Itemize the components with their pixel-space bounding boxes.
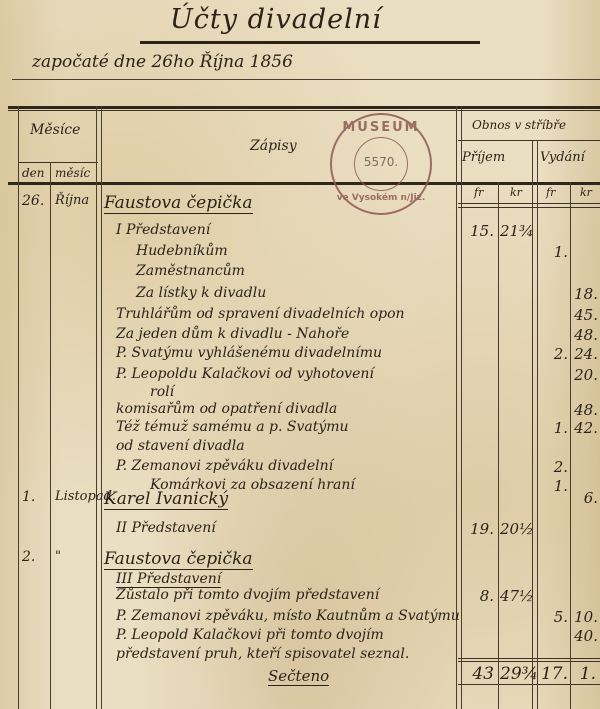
expense-kreuzers: 40. xyxy=(572,627,598,645)
col-line-inc-fl xyxy=(498,182,499,709)
expense-florins: 2. xyxy=(536,345,568,363)
expense-kreuzers: 24. xyxy=(572,345,598,363)
row-description: Truhlářům od spravení divadelních opon xyxy=(116,306,405,322)
row-description: P. Leopold Kalačkovi při tomto dvojím xyxy=(116,627,384,643)
row-description: rolí xyxy=(150,384,174,400)
row-description: P. Leopoldu Kalačkovi od vyhotovení xyxy=(116,366,374,382)
subtitle-rule xyxy=(12,79,600,80)
expense-kreuzers: 48. xyxy=(572,401,598,419)
row-description: P. Zemanovi zpěváku divadelní xyxy=(116,458,333,474)
expense-florins: 5. xyxy=(536,608,568,626)
header-money-group: Obnos v stříbře xyxy=(472,118,566,132)
expense-kreuzers: 42. xyxy=(572,419,598,437)
stamp-bottom-text: ve Vysokém n/Jiz. xyxy=(332,193,430,203)
stamp-number: 5570. xyxy=(355,155,407,169)
header-exp-fl: fr xyxy=(546,186,555,199)
expense-kreuzers: 45. xyxy=(572,306,598,324)
header-exp-kr: kr xyxy=(580,186,592,199)
row-day: 26. xyxy=(22,193,44,209)
row-description: Zůstalo při tomto dvojím představení xyxy=(116,587,379,603)
row-description: P. Zemanovi zpěváku, místo Kautnům a Sva… xyxy=(116,608,460,624)
document-title: Účty divadelní xyxy=(170,4,382,35)
expense-kreuzers: 18. xyxy=(572,285,598,303)
header-month: měsíc xyxy=(55,166,90,180)
document-subtitle: započaté dne 26ho Října 1856 xyxy=(32,52,293,72)
total-top-rule-2 xyxy=(458,661,600,662)
money-group-divider xyxy=(458,140,600,141)
row-description: od stavení divadla xyxy=(116,438,245,454)
museum-stamp: MUSEUM 5570. ve Vysokém n/Jiz. xyxy=(330,113,432,215)
col-line-exp-fl xyxy=(570,182,571,709)
row-month: " xyxy=(55,549,61,564)
row-description: Hudebníkům xyxy=(136,243,228,259)
col-line-month xyxy=(96,106,102,709)
header-inc-fl: fr xyxy=(474,186,483,199)
expense-florins: 1. xyxy=(536,477,568,495)
col-line-left xyxy=(18,106,19,709)
expense-florins: 2. xyxy=(536,458,568,476)
row-month: Října xyxy=(55,193,89,208)
row-description: Za lístky k divadlu xyxy=(136,285,266,301)
unit-row-divider xyxy=(458,203,600,204)
expense-kreuzers: 10. xyxy=(572,608,598,626)
expense-kreuzers: 6. xyxy=(572,489,598,507)
row-description: P. Svatýmu vyhlášenému divadelnímu xyxy=(116,345,382,361)
header-date-group: Měsíce xyxy=(30,122,80,138)
row-description: I Představení xyxy=(116,222,210,238)
total-income-fl: 43 xyxy=(460,664,494,684)
title-underline xyxy=(140,41,480,44)
row-description: Zaměstnancům xyxy=(136,263,245,279)
date-group-divider xyxy=(18,162,98,163)
row-description: komisařům od opatření divadla xyxy=(116,401,337,417)
col-line-day xyxy=(50,162,51,709)
total-top-rule xyxy=(458,658,600,659)
stamp-top-text: MUSEUM xyxy=(332,120,430,135)
expense-kreuzers: 20. xyxy=(572,366,598,384)
expense-florins: 1. xyxy=(536,243,568,261)
header-inc-kr: kr xyxy=(510,186,522,199)
total-label: Sečteno xyxy=(268,667,329,686)
income-kreuzers: 47½ xyxy=(500,587,532,605)
income-florins: 15. xyxy=(460,222,494,240)
expense-kreuzers: 48. xyxy=(572,326,598,344)
total-expense-fl: 17. xyxy=(536,664,568,684)
income-kreuzers: 21¾ xyxy=(500,222,532,240)
row-day: 2. xyxy=(22,549,35,565)
income-florins: 19. xyxy=(460,520,494,538)
row-day: 1. xyxy=(22,489,35,505)
unit-row-divider-2 xyxy=(458,207,600,208)
row-description: Faustova čepička xyxy=(104,549,253,570)
row-description: Též témuž samému a p. Svatýmu xyxy=(116,419,349,435)
stamp-inner-circle: 5570. xyxy=(354,137,408,191)
header-subject: Zápisy xyxy=(250,138,297,154)
income-florins: 8. xyxy=(460,587,494,605)
header-income: Příjem xyxy=(462,150,505,165)
row-description: Za jeden dům k divadlu - Nahoře xyxy=(116,326,349,342)
row-description: Faustova čepička xyxy=(104,193,253,214)
header-expense: Vydání xyxy=(540,150,585,165)
income-kreuzers: 20½ xyxy=(500,520,532,538)
header-day: den xyxy=(22,166,45,180)
expense-florins: 1. xyxy=(536,419,568,437)
row-description: II Představení xyxy=(116,520,216,536)
total-income-kr: 29¾ xyxy=(500,664,532,684)
total-expense-kr: 1. xyxy=(572,664,596,684)
total-bottom-rule xyxy=(458,684,600,685)
row-description: představení pruh, kteří spisovatel sezna… xyxy=(116,646,409,662)
row-description: Karel Ivanický xyxy=(104,489,228,510)
row-description: III Představení xyxy=(116,571,221,588)
